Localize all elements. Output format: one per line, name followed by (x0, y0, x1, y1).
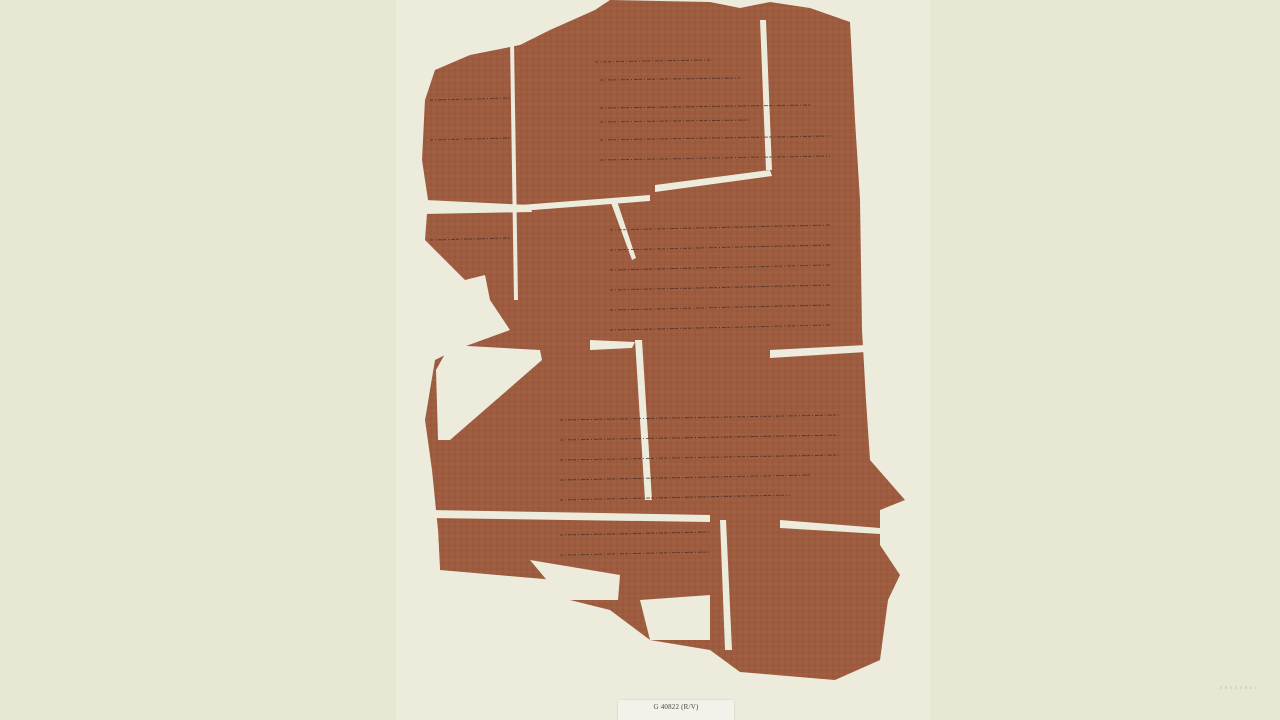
papyrus-illustration (410, 0, 920, 690)
background-mark (1220, 686, 1256, 689)
specimen-label: G 40822 (R/V) (618, 700, 734, 720)
papyrus-fragment (410, 0, 920, 690)
specimen-label-text: G 40822 (R/V) (654, 703, 699, 711)
